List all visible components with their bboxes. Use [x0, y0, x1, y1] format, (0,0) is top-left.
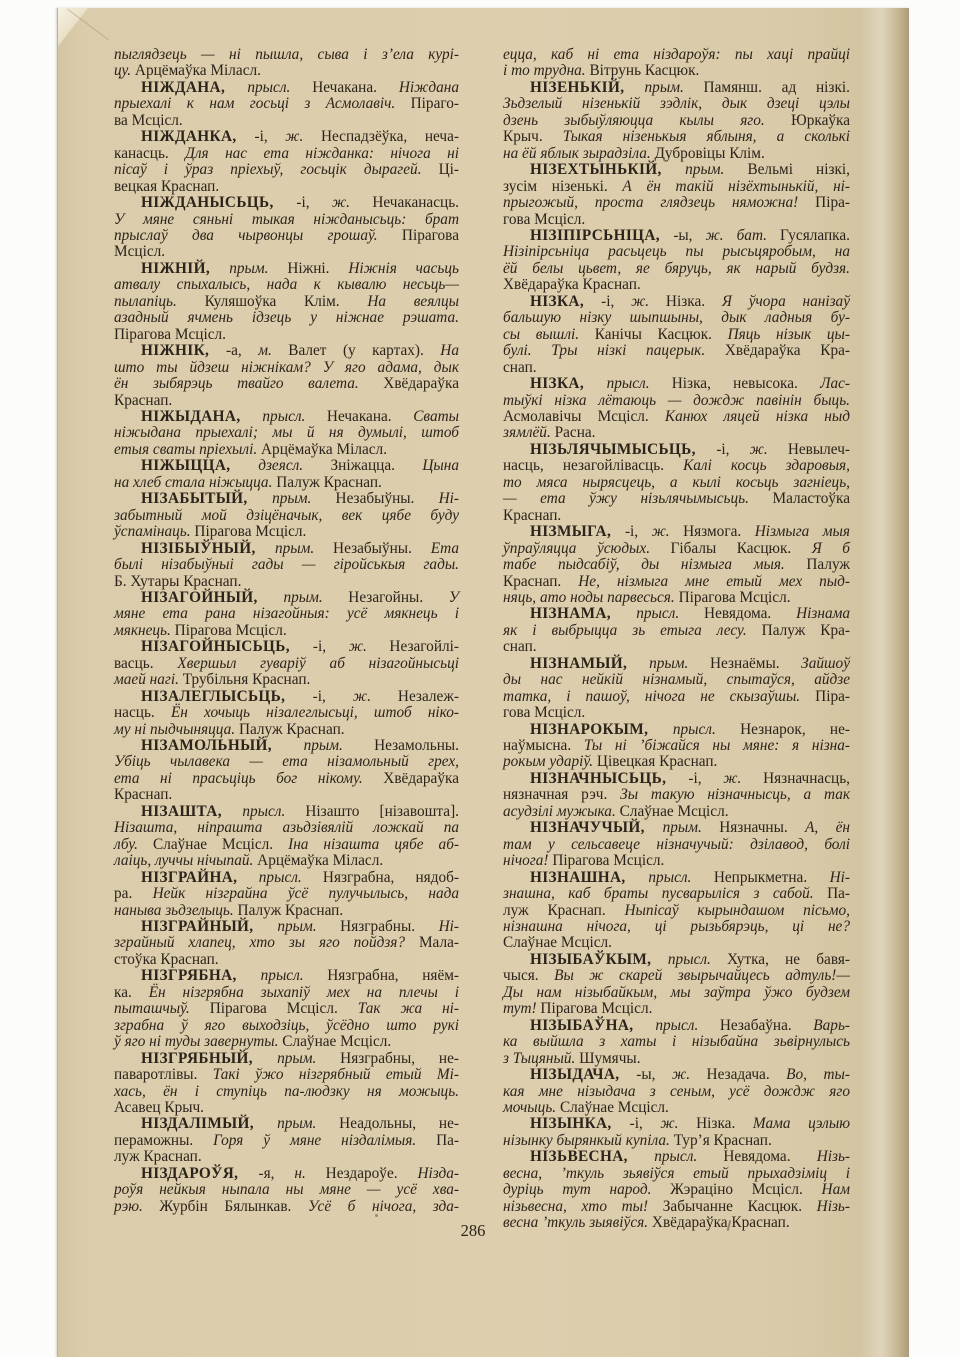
- dictionary-entry: НІЗКА, -і, ж. Нізка. Я ўчора нанізаўбаль…: [503, 294, 850, 376]
- example-text: прым.: [304, 737, 375, 754]
- text-line: знашна, каб браты пусварыліся з сабой. П…: [503, 886, 850, 902]
- text-line: НІЗДАРОЎЯ, -я, н. Нездароўе. Нізда-: [114, 1166, 459, 1182]
- text-line: НІЖДАНА, прысл. Нечакана. Ніждана: [114, 80, 459, 96]
- text-line: рэю. Журбін Бялынкав. Усё б нічога, зда-: [114, 1199, 459, 1215]
- text-line: татка, і пашоў, нічога не скызаўшы. Піра…: [503, 689, 850, 705]
- regular-text: ва Мсцісл.: [114, 112, 183, 129]
- example-text: На: [440, 342, 459, 359]
- regular-text: Жэраціно Мсцісл.: [670, 1181, 821, 1198]
- text-line: сы вышлі. Канічы Касцюк. Пяць нізык цы-: [503, 327, 850, 343]
- example-text: прысл.: [259, 869, 323, 886]
- regular-text: Нязграбна, няём-: [327, 967, 459, 984]
- example-text: ета ні прасьціць бог нікому.: [114, 770, 383, 787]
- text-line: НІЖДАНКА, -і, ж. Неспадзёўка, неча-: [114, 129, 459, 145]
- example-text: Ён хочыць нізалеглысьці, штоб ніко-: [171, 704, 459, 721]
- scan-speck: [375, 1214, 378, 1217]
- text-line: Краснап. Не, нізмыга мне етый мех пыд-: [503, 574, 850, 590]
- right-column: ецца, каб ні ета ніздароўя: пы хаці прай…: [503, 47, 850, 1232]
- dictionary-entry: НІЗЫДАЧА, -ы, ж. Незадача. Во, ты-кая мн…: [503, 1067, 850, 1116]
- regular-text: Незадача.: [707, 1066, 787, 1083]
- example-text: Нам: [822, 1181, 850, 1198]
- example-text: Ні-: [439, 918, 459, 935]
- headword: НІЖДАНКА,: [141, 128, 255, 145]
- dictionary-entry: НІЗДАРОЎЯ, -я, н. Нездароўе. Нізда-роўя …: [114, 1166, 459, 1215]
- example-text: ж.: [285, 128, 321, 145]
- example-text: прысл.: [655, 1017, 720, 1034]
- regular-text: чыся.: [503, 967, 554, 984]
- text-line: што ты йдзеш ніжнікам? У яго адама, дык: [114, 360, 459, 376]
- text-line: луж Краснап.: [114, 1149, 459, 1165]
- text-line: нічога! Пірагова Мсцісл.: [503, 853, 850, 869]
- example-text: рокым ударіў.: [503, 753, 597, 770]
- regular-text: ка.: [114, 984, 149, 1001]
- example-text: У мяне сяньні тыкая ніжданысьць: брат: [114, 211, 459, 228]
- dictionary-entry: НІЗІБЫЎНЫЙ, прым. Незабыўны. Етабылі ніз…: [114, 541, 459, 590]
- regular-text: Неспадзёўка, неча-: [321, 128, 459, 145]
- text-line: пераможны. Горя ў мяне ніздалімыя. Па-: [114, 1133, 459, 1149]
- dictionary-entry: НІЗЬЛЯЧЫМЫСЬЦЬ, -і, ж. Невылеч-насць, не…: [503, 442, 850, 524]
- example-text: прым.: [275, 540, 333, 557]
- regular-text: Хвёдараўка Краснап.: [652, 1214, 790, 1231]
- example-text: азадный ячмень ідзець у ніжнае рэшата.: [114, 309, 459, 326]
- example-text: на хлеб стала ніжыцца.: [114, 474, 276, 491]
- regular-text: Крыч.: [503, 128, 563, 145]
- example-text: знашна, каб браты пусварыліся з сабой.: [503, 885, 827, 902]
- example-text: ж.: [631, 293, 666, 310]
- text-line: луж Краснап. Ныпісаў кырындашом пісьмо,: [503, 903, 850, 919]
- text-line: бальшую нізку шыпшыны, дык ладныя бу-: [503, 310, 850, 326]
- example-text: прысл.: [607, 375, 672, 392]
- regular-text: Слаўнае Мсцісл.: [620, 803, 729, 820]
- text-line: ніжыдана прыехалі; мы й ня думылі, штоб: [114, 425, 459, 441]
- regular-text: Па-: [436, 1132, 459, 1149]
- example-text: прысл.: [636, 605, 704, 622]
- text-line: маей нагі. Трубільня Краснап.: [114, 672, 459, 688]
- example-text: Ён нізгрябна зыхапіў мех на плечы і: [149, 984, 459, 1001]
- text-line: мочыць. Слаўнае Мсцісл.: [503, 1100, 850, 1116]
- text-line: НІЗНАМЫЙ, прым. Незнаёмы. Зайшоў: [503, 656, 850, 672]
- dictionary-entry: НІЗЕНЬКІЙ, прым. Памянш. ад нізкі.Зьдзел…: [503, 80, 850, 162]
- regular-text: насць.: [114, 704, 171, 721]
- regular-text: Канічы Касцюк.: [595, 326, 728, 343]
- dictionary-entry: НІЗАШТА, прысл. Нізашто [нізавошта].Ніза…: [114, 804, 459, 870]
- example-text: ж.: [349, 638, 390, 655]
- dictionary-entry: НІЗГРАЙНА, прысл. Нязграбна, нядоб-ра. Н…: [114, 870, 459, 919]
- text-line: Крыч. Тыкая нізенькыя яблыня, а сколькі: [503, 129, 850, 145]
- example-text: Для нас ета ніжданка: нічога ні: [185, 145, 459, 162]
- regular-text: Незалеж-: [398, 688, 459, 705]
- headword: НІЗДАРОЎЯ,: [141, 1165, 259, 1182]
- text-line: там у сельсавеце нізначучый: дзілавод, б…: [503, 837, 850, 853]
- example-text: то мяса нырясцець, а кылі косьць загніец…: [503, 474, 850, 491]
- regular-text: Ніжні.: [287, 260, 348, 277]
- example-text: татка, і пашоў, нічога не скызаўшы.: [503, 688, 815, 705]
- example-text: Ніждана: [399, 79, 459, 96]
- example-text: і то трудна.: [503, 62, 589, 79]
- example-text: нізнашна нічога, ці рызьбярэць, ці не?: [503, 918, 850, 935]
- example-text: ж.: [750, 441, 788, 458]
- dictionary-entry: НІЖНІК, -а, м. Валет (у картах). Нашто т…: [114, 343, 459, 409]
- text-line: ка. Ён нізгрябна зыхапіў мех на плечы і: [114, 985, 459, 1001]
- dictionary-entry: НІЗАБЫТЫЙ, прым. Незабыўны. Ні-забытный …: [114, 491, 459, 540]
- regular-text: Мсцісл.: [114, 243, 165, 260]
- example-text: прыслаў два чырвонцы грошаў.: [114, 227, 402, 244]
- regular-text: Нізашто [нізавошта].: [305, 803, 459, 820]
- text-line: Слаўнае Мсцісл.: [503, 935, 850, 951]
- regular-text: Зніжацца.: [331, 457, 423, 474]
- example-text: наныва зьдзелыць.: [114, 902, 238, 919]
- text-line: етыя сваты пріехылі. Арцёмаўка Міласл.: [114, 442, 459, 458]
- example-text: прым.: [284, 589, 349, 606]
- text-line: васць. Хвершыл гуваріў аб нізагойнысьці: [114, 656, 459, 672]
- example-text: зграбна ў яго выходзіць, ўсёдно што рукі: [114, 1017, 459, 1034]
- text-line: НІЗМЫГА, -і, ж. Нязмога. Нізмыга мыя: [503, 524, 850, 540]
- example-text: ж.: [353, 688, 398, 705]
- text-line: НІЗНАМА, прысл. Невядома. Нізнама: [503, 606, 850, 622]
- regular-text: Нязграбны, не-: [340, 1050, 459, 1067]
- text-line: НІЗГРАЙНА, прысл. Нязграбна, нядоб-: [114, 870, 459, 886]
- text-line: дуріць тут народ. Жэраціно Мсцісл. Нам: [503, 1182, 850, 1198]
- regular-text: -і,: [716, 441, 749, 458]
- example-text: Зайшоў: [801, 655, 850, 672]
- example-text: А ён такій нізёхтынькій, ні-: [622, 178, 850, 195]
- regular-text: Невядома.: [704, 605, 796, 622]
- example-text: прым.: [277, 918, 340, 935]
- regular-text: Незнаёмы.: [710, 655, 801, 672]
- dictionary-entry: НІЖЫДАНА, прысл. Нечакана. Сватыніжыдана…: [114, 409, 459, 458]
- dictionary-entry: НІЗНАЧУЧЫЙ, прым. Нязначны. А, ёнтам у с…: [503, 820, 850, 869]
- example-text: Зьдзелый нізенькій зэдлік, дык дзеці цэл…: [503, 95, 850, 112]
- text-line: нізынку бырянкый купіла. Тур’я Краснап.: [503, 1133, 850, 1149]
- regular-text: Незабыўны.: [336, 490, 439, 507]
- regular-text: Нязграбны.: [340, 918, 438, 935]
- regular-text: Арцёмаўка Міласл.: [135, 62, 261, 79]
- example-text: мякнець.: [114, 622, 175, 639]
- example-text: нізьвесна, хто ты!: [503, 1198, 663, 1215]
- regular-text: Пірагова: [402, 227, 459, 244]
- regular-text: Хвёдараўка: [383, 375, 459, 392]
- regular-text: Юркаўка: [791, 112, 850, 129]
- example-text: лаіць, луччы нічыпай.: [114, 852, 257, 869]
- example-text: Нізмыга мыя: [755, 523, 850, 540]
- headword: НІЗЬВЕСНА,: [530, 1148, 654, 1165]
- regular-text: Піра-: [815, 194, 850, 211]
- dictionary-entry: НІЗЫНКА, -і, ж. Нізка. Мама цэлыюнізынку…: [503, 1116, 850, 1149]
- text-line: Пірагова Мсцісл.: [114, 327, 459, 343]
- headword: НІЗГРЯБНА,: [141, 967, 261, 984]
- text-line: ўпраўляцца ўсюдых. Гібалы Касцюк. Я б: [503, 541, 850, 557]
- headword: НІЖНІК,: [141, 342, 226, 359]
- example-text: з Тыцяный.: [503, 1050, 579, 1067]
- dictionary-entry: НІЗНАШНА, прысл. Непрыкметна. Ні-знашна,…: [503, 870, 850, 952]
- text-line: НІЖЫДАНА, прысл. Нечакана. Сваты: [114, 409, 459, 425]
- text-line: на хлеб стала ніжыцца. Палуж Краснап.: [114, 475, 459, 491]
- text-line: булі. Тры нізкі пацерык. Хвёдараўка Кра-: [503, 343, 850, 359]
- example-text: дуріць тут народ.: [503, 1181, 670, 1198]
- dictionary-entry: НІЗНАЧНЫСЬЦЬ, -і, ж. Нязначнасць,нязначн…: [503, 771, 850, 820]
- headword: НІЗГРЯБНЫЙ,: [141, 1050, 277, 1067]
- text-line: мякнець. Пірагова Мсцісл.: [114, 623, 459, 639]
- regular-text: Піра-: [815, 688, 850, 705]
- text-line: НІЗГРЯБНА, прысл. Нязграбна, няём-: [114, 968, 459, 984]
- regular-text: Мала-: [419, 934, 459, 951]
- example-text: булі. Тры нізкі пацерык.: [503, 342, 725, 359]
- headword: НІЗАШТА,: [141, 803, 242, 820]
- text-line: асудзілі мужыка. Слаўнае Мсцісл.: [503, 804, 850, 820]
- regular-text: Арцёмаўка Міласл.: [257, 852, 383, 869]
- left-column: пыглядзець — ні пышла, сыва і з’ела курі…: [114, 47, 459, 1215]
- regular-text: -і,: [255, 128, 286, 145]
- example-text: на ёй яблык зырадзіла.: [503, 145, 655, 162]
- example-text: Ды нам нізыбайкым, мы заўтра ўжо будзем: [503, 984, 850, 1001]
- regular-text: Незабаўна.: [720, 1017, 813, 1034]
- text-line: весна, ’ткуль зьявіўся етый прыхадзіміц …: [503, 1166, 850, 1182]
- text-line: мяне ета рана нізагойныя: усё мякнець і: [114, 606, 459, 622]
- example-text: ж.: [332, 194, 372, 211]
- regular-text: Палуж Краснап.: [238, 902, 344, 919]
- example-text: прым.: [663, 819, 720, 836]
- example-text: Ні-: [830, 869, 850, 886]
- regular-text: снап.: [503, 359, 537, 376]
- text-line: Ды нам нізыбайкым, мы заўтра ўжо будзем: [503, 985, 850, 1001]
- example-text: асудзілі мужыка.: [503, 803, 620, 820]
- regular-text: Палуж Краснап.: [276, 474, 382, 491]
- regular-text: -і,: [601, 293, 631, 310]
- regular-text: Неадольны, не-: [339, 1115, 459, 1132]
- example-text: ж. бат.: [706, 227, 780, 244]
- text-line: НІЗЬЛЯЧЫМЫСЬЦЬ, -і, ж. Невылеч-: [503, 442, 850, 458]
- example-text: Канюх ляцей нізка ныд: [665, 408, 850, 425]
- text-line: НІЗНАЧУЧЫЙ, прым. Нязначны. А, ён: [503, 820, 850, 836]
- headword: НІЗЫДАЧА,: [530, 1066, 636, 1083]
- example-text: А, ён: [805, 819, 850, 836]
- text-line: насць. Ён хочыць нізалеглысьці, штоб нік…: [114, 705, 459, 721]
- regular-text: луж Краснап.: [503, 902, 624, 919]
- example-text: — ета ўжу нізьлячымысьць.: [503, 490, 772, 507]
- regular-text: Тур’я Краснап.: [674, 1132, 772, 1149]
- entry-continuation: пыглядзець — ні пышла, сыва і з’ела курі…: [114, 47, 459, 80]
- regular-text: Валет (у картах).: [288, 342, 440, 359]
- example-text: зямлёй.: [503, 424, 555, 441]
- example-text: Лас-: [820, 375, 850, 392]
- example-text: Ета: [431, 540, 459, 557]
- regular-text: Журбін Бялынкав.: [159, 1198, 308, 1215]
- headword: НІЗЫБАЎКЫМ,: [530, 951, 668, 968]
- example-text: няць, ато ноды парвесься.: [503, 589, 679, 606]
- text-line: вецкая Краснап.: [114, 179, 459, 195]
- example-text: прым.: [645, 79, 704, 96]
- example-text: ды нас нейкій нізнамый, спытаўся, айдзе: [503, 671, 850, 688]
- regular-text: Краснап.: [503, 573, 578, 590]
- regular-text: Пірагова Мсцісл.: [552, 852, 664, 869]
- example-text: Пяць нізык цы-: [728, 326, 850, 343]
- regular-text: Пірагова Мсцісл.: [540, 1000, 652, 1017]
- text-line: табе пыдсабіў, ды нізмыга мыя. Палуж: [503, 557, 850, 573]
- example-text: Зы такую нізначнысць, а так: [620, 786, 850, 803]
- regular-text: Забычанне Касцюк.: [663, 1198, 817, 1215]
- headword: НІЗГРАЙНА,: [141, 869, 259, 886]
- dictionary-entry: НІЗАГОЙНЫЙ, прым. Незагойны. Умяне ета р…: [114, 590, 459, 639]
- regular-text: Пірагова Мсцісл.: [210, 1000, 358, 1017]
- regular-text: -і,: [296, 194, 332, 211]
- headword: НІЗМЫГА,: [530, 523, 625, 540]
- dictionary-entry: НІЗМЫГА, -і, ж. Нязмога. Нізмыга мыяўпра…: [503, 524, 850, 606]
- page-corner-fold: [58, 8, 106, 50]
- text-line: ёй белы цьвет, яе бяруць, як нарый будзя…: [503, 261, 850, 277]
- page-number: 286: [438, 1221, 508, 1241]
- text-line: НІЗЫДАЧА, -ы, ж. Незадача. Во, ты-: [503, 1067, 850, 1083]
- text-line: НІЗАГОЙНЫЙ, прым. Незагойны. У: [114, 590, 459, 606]
- dictionary-entry: НІЖЫЦЦА, дзеясл. Зніжацца. Цынана хлеб с…: [114, 458, 459, 491]
- text-line: Нізіпірсьніца расьцець пы рысьцяробым, н…: [503, 244, 850, 260]
- text-line: НІЗКА, -і, ж. Нізка. Я ўчора нанізаў: [503, 294, 850, 310]
- regular-text: -я,: [259, 1165, 295, 1182]
- regular-text: Нечаканасць.: [372, 194, 459, 211]
- text-line: няць, ато ноды парвесься. Пірагова Мсціс…: [503, 590, 850, 606]
- headword: НІЗЫБАЎНА,: [530, 1017, 655, 1034]
- text-line: нязначная рэч. Зы такую нізначнысць, а т…: [503, 787, 850, 803]
- example-text: У: [449, 589, 459, 606]
- text-line: і то трудна. Вітрунь Касцюк.: [503, 63, 850, 79]
- regular-text: Нізка, невысока.: [672, 375, 820, 392]
- example-text: што ты йдзеш ніжнікам? У яго адама, дык: [114, 359, 459, 376]
- example-text: Нізь-: [817, 1198, 850, 1215]
- text-line: дзень зыбыўляюцца кылы яго. Юркаўка: [503, 113, 850, 129]
- regular-text: Нязграбна, нядоб-: [323, 869, 459, 886]
- regular-text: Цівецкая Краснап.: [597, 753, 717, 770]
- dictionary-entry: НІЖДАНКА, -і, ж. Неспадзёўка, неча-канас…: [114, 129, 459, 195]
- text-line: НІЗГРЯБНЫЙ, прым. Нязграбны, не-: [114, 1051, 459, 1067]
- dictionary-entry: НІЖНІЙ, прым. Ніжні. Ніжнія часьцьатвалу…: [114, 261, 459, 343]
- text-line: Краснап.: [114, 787, 459, 803]
- text-line: НІЗНАРОКЫМ, прысл. Незнарок, не-: [503, 722, 850, 738]
- example-text: прым.: [649, 655, 710, 672]
- dictionary-entry: НІЗГРЯБНЫЙ, прым. Нязграбны, не-паваротл…: [114, 1051, 459, 1117]
- text-line: наныва зьдзелыць. Палуж Краснап.: [114, 903, 459, 919]
- example-text: прысл.: [261, 967, 328, 984]
- example-text: ён зыбярэць твайго валета.: [114, 375, 383, 392]
- text-line: з Тыцяный. Шумячы.: [503, 1051, 850, 1067]
- text-line: НІЗЫБАЎКЫМ, прысл. Хутка, не бавя-: [503, 952, 850, 968]
- example-text: Не, нізмыга мне етый мех пыд-: [578, 573, 850, 590]
- example-text: Нізда-: [417, 1165, 459, 1182]
- text-line: НІЗІПІРСЬНІЦА, -ы, ж. бат. Гусялапка.: [503, 228, 850, 244]
- text-line: зусім нізенькі. А ён такій нізёхтынькій,…: [503, 179, 850, 195]
- regular-text: снап.: [503, 638, 537, 655]
- example-text: ж.: [672, 1066, 707, 1083]
- regular-text: гова Мсцісл.: [503, 211, 585, 228]
- text-line: Асмолавічы Мсцісл. Канюх ляцей нізка ныд: [503, 409, 850, 425]
- headword: НІЗНАМЫЙ,: [530, 655, 649, 672]
- dictionary-entry: НІЗКА, прысл. Нізка, невысока. Лас-тыўкі…: [503, 376, 850, 442]
- dictionary-entry: НІЗНАМА, прысл. Невядома. Нізнамаяк і вы…: [503, 606, 850, 655]
- text-line: то мяса нырясцець, а кылі косьць загніец…: [503, 475, 850, 491]
- example-text: прыехалі к нам госьці з Асмолавіч.: [114, 95, 411, 112]
- example-text: як і выбрыцца зь етыга лесу.: [503, 622, 762, 639]
- text-line: — ета ўжу нізьлячымысьць. Маластоўка: [503, 491, 850, 507]
- regular-text: Гібалы Касцюк.: [671, 540, 812, 557]
- text-line: НІЗАШТА, прысл. Нізашто [нізавошта].: [114, 804, 459, 820]
- text-line: тыўкі нізка лётаюць — дождж павінін быць…: [503, 393, 850, 409]
- example-text: ў яго ні туды завернуты.: [114, 1033, 282, 1050]
- regular-text: Палуж Краснап.: [239, 721, 345, 738]
- example-text: забытный мой дзіцёначык, век цябе буду: [114, 507, 459, 524]
- example-text: маей нагі.: [114, 671, 183, 688]
- example-text: мяне ета рана нізагойныя: усё мякнець і: [114, 605, 459, 622]
- text-line: гова Мсцісл.: [503, 705, 850, 721]
- text-line: ў яго ні туды завернуты. Слаўнае Мсцісл.: [114, 1034, 459, 1050]
- headword: НІЗКА,: [530, 293, 601, 310]
- regular-text: Пірагова Мсцісл.: [175, 622, 287, 639]
- regular-text: -і,: [630, 1115, 661, 1132]
- text-line: нізьвесна, хто ты! Забычанне Касцюк. Ніз…: [503, 1199, 850, 1215]
- text-line: НІЖДАНЫСЬЦЬ, -і, ж. Нечаканасць.: [114, 195, 459, 211]
- text-line: НІЗНАШНА, прысл. Непрыкметна. Ні-: [503, 870, 850, 886]
- example-text: м.: [258, 342, 288, 359]
- regular-text: ра.: [114, 885, 153, 902]
- regular-text: луж Краснап.: [114, 1148, 202, 1165]
- regular-text: -а,: [226, 342, 258, 359]
- example-text: Я б: [812, 540, 850, 557]
- regular-text: гова Мсцісл.: [503, 704, 585, 721]
- text-line: канасць. Для нас ета ніжданка: нічога ні: [114, 146, 459, 162]
- regular-text: Нязначны.: [719, 819, 805, 836]
- text-line: Краснап.: [114, 393, 459, 409]
- text-line: на ёй яблык зырадзіла. Дубровіцы Клім.: [503, 146, 850, 162]
- text-line: забытный мой дзіцёначык, век цябе буду: [114, 508, 459, 524]
- text-line: НІЗЫБАЎНА, прысл. Незабаўна. Варь-: [503, 1018, 850, 1034]
- text-line: НІЗЫНКА, -і, ж. Нізка. Мама цэлыю: [503, 1116, 850, 1132]
- regular-text: насць, незагойлівасць.: [503, 457, 683, 474]
- example-text: Цына: [422, 457, 459, 474]
- regular-text: Хвёдараўка Кра-: [725, 342, 850, 359]
- example-text: Вы ж скарей звырычайцесь адтуль!—: [554, 967, 850, 984]
- dictionary-entry: НІЗАГОЙНЫСЬЦЬ, -і, ж. Незагойлі-васць. Х…: [114, 639, 459, 688]
- dictionary-entry: НІЗЕХТЫНЬКІЙ, прым. Вельмі нізкі,зусім н…: [503, 162, 850, 228]
- dictionary-entry: НІЗАЛЕГЛЫСЬЦЬ, -і, ж. Незалеж-насць. Ён …: [114, 689, 459, 738]
- text-line: пыташчыў. Пірагова Мсцісл. Так жа ні-: [114, 1001, 459, 1017]
- example-text: хась, ён і ступіць па-людзку ня можыць.: [114, 1083, 459, 1100]
- text-line: НІЗЕХТЫНЬКІЙ, прым. Вельмі нізкі,: [503, 162, 850, 178]
- example-text: Нізіпірсьніца расьцець пы рысьцяробым, н…: [503, 243, 850, 260]
- example-text: ўспамінаць.: [114, 523, 194, 540]
- example-text: тыўкі нізка лётаюць — дождж павінін быць…: [503, 392, 850, 409]
- example-text: прым.: [272, 490, 335, 507]
- regular-text: Нізка.: [696, 1115, 753, 1132]
- text-line: зямлёй. Расна.: [503, 425, 850, 441]
- example-text: дзеясл.: [258, 457, 330, 474]
- text-line: прыехалі к нам госьці з Асмолавіч. Піраг…: [114, 96, 459, 112]
- headword: НІЖДАНЫСЬЦЬ,: [141, 194, 296, 211]
- headword: НІЗІПІРСЬНІЦА,: [530, 227, 673, 244]
- headword: НІЗЬЛЯЧЫМЫСЬЦЬ,: [530, 441, 716, 458]
- scanned-book-page: { "page": { "number": "286", "colors": {…: [0, 0, 960, 1357]
- text-line: хась, ён і ступіць па-людзку ня можыць.: [114, 1084, 459, 1100]
- regular-text: Невылеч-: [788, 441, 850, 458]
- text-line: ды нас нейкій нізнамый, спытаўся, айдзе: [503, 672, 850, 688]
- example-text: ўпраўляцца ўсюдых.: [503, 540, 671, 557]
- example-text: прысл.: [247, 79, 312, 96]
- example-text: Так жа ні-: [358, 1000, 459, 1017]
- example-text: Тыкая нізенькыя яблыня, а сколькі: [563, 128, 850, 145]
- example-text: етыя сваты пріехылі.: [114, 441, 261, 458]
- headword: НІЗЫНКА,: [530, 1115, 630, 1132]
- example-text: мочыць.: [503, 1099, 560, 1116]
- regular-text: Нечакана.: [327, 408, 413, 425]
- text-line: Асавец Крыч.: [114, 1100, 459, 1116]
- example-text: Нейк нізграйна ўсё пулучылысь, нада: [153, 885, 459, 902]
- example-text: пыглядзець — ні пышла, сыва і з’ела курі…: [114, 46, 459, 63]
